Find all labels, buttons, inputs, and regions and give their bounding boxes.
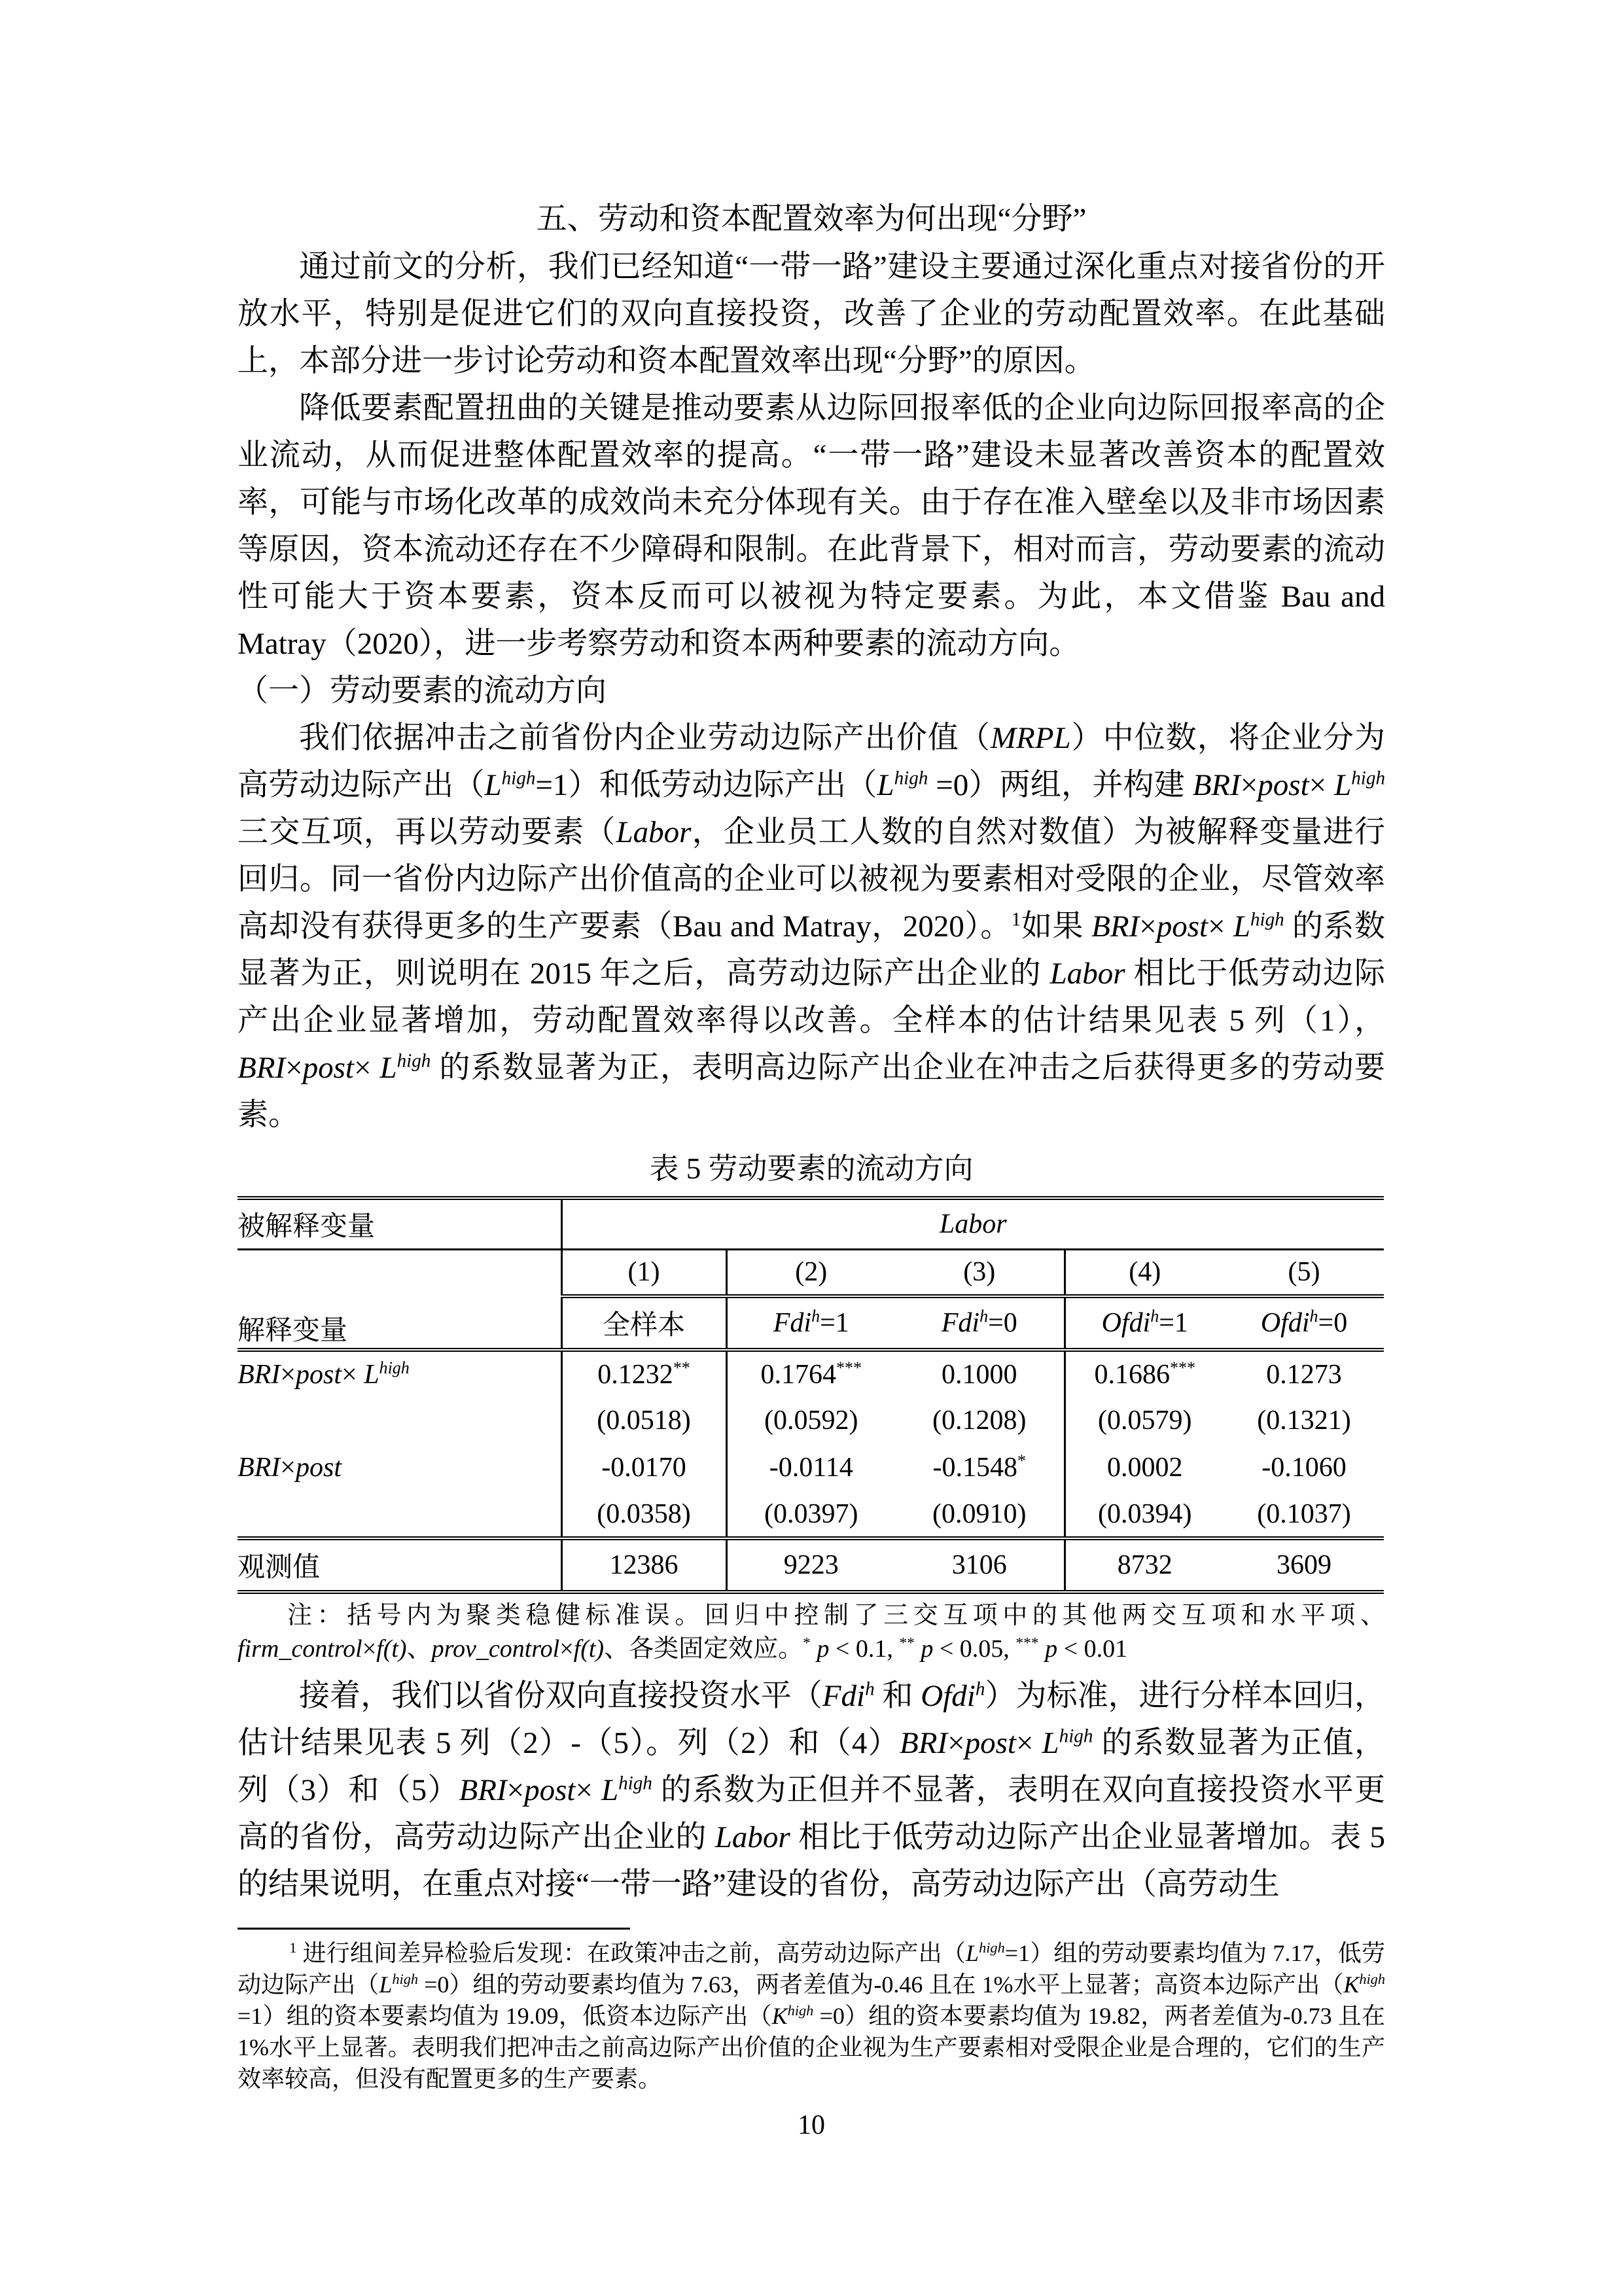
dep-var-value-cell: Labor	[561, 1198, 1384, 1249]
group-header-cell: Fdih=1	[726, 1296, 895, 1350]
group-header-cell: Ofdih=1	[1065, 1296, 1224, 1350]
group-header-cell: Ofdih=0	[1224, 1296, 1384, 1350]
column-number-cell: (2)	[726, 1249, 895, 1296]
obs-value-cell: 12386	[561, 1538, 726, 1592]
coef-cell: 0.1232**	[561, 1350, 726, 1397]
se-cell: (0.1321)	[1224, 1397, 1384, 1444]
coef-cell: -0.1060	[1224, 1444, 1384, 1491]
se-row-label	[238, 1397, 561, 1444]
paper-page: 五、劳动和资本配置效率为何出现“分野” 通过前文的分析，我们已经知道“一带一路”…	[0, 0, 1622, 2296]
paragraph-1: 通过前文的分析，我们已经知道“一带一路”建设主要通过深化重点对接省份的开放水平，…	[238, 243, 1385, 385]
coef-cell: -0.0170	[561, 1444, 726, 1491]
regression-table: 被解释变量 Labor 解释变量 (1) (2) (3) (4) (5) 全样本…	[238, 1196, 1384, 1594]
paragraph-2: 降低要素配置扭曲的关键是推动要素从边际回报率低的企业向边际回报率高的企业流动，从…	[238, 385, 1385, 667]
obs-value-cell: 9223	[726, 1538, 895, 1592]
group-header-cell: 全样本	[561, 1296, 726, 1350]
coef-row-label: BRI×post	[238, 1444, 561, 1491]
se-cell: (0.0910)	[895, 1491, 1065, 1538]
obs-value-cell: 8732	[1065, 1538, 1224, 1592]
column-number-cell: (3)	[895, 1249, 1065, 1296]
footnote-divider	[238, 1928, 630, 1930]
se-cell: (0.0358)	[561, 1491, 726, 1538]
table-note: 注：括号内为聚类稳健标准误。回归中控制了三交互项中的其他两交互项和水平项、fir…	[238, 1599, 1385, 1666]
paragraph-4: 接着，我们以省份双向直接投资水平（Fdih 和 Ofdih）为标准，进行分样本回…	[238, 1672, 1385, 1908]
obs-label-cell: 观测值	[238, 1538, 561, 1592]
se-row-label	[238, 1491, 561, 1538]
se-cell: (0.1208)	[895, 1397, 1065, 1444]
se-cell: (0.0397)	[726, 1491, 895, 1538]
se-cell: (0.0394)	[1065, 1491, 1224, 1538]
obs-value-cell: 3609	[1224, 1538, 1384, 1592]
coef-cell: 0.1686***	[1065, 1350, 1224, 1397]
se-cell: (0.1037)	[1224, 1491, 1384, 1538]
table-caption: 表 5 劳动要素的流动方向	[238, 1148, 1385, 1190]
coef-cell: -0.1548*	[895, 1444, 1065, 1491]
se-cell: (0.0518)	[561, 1397, 726, 1444]
coef-cell: 0.1764***	[726, 1350, 895, 1397]
section-title: 五、劳动和资本配置效率为何出现“分野”	[238, 195, 1385, 243]
coef-cell: 0.1273	[1224, 1350, 1384, 1397]
footnote: 1 进行组间差异检验后发现：在政策冲击之前，高劳动边际产出（Lhigh=1）组的…	[238, 1937, 1385, 2094]
subsection-heading: （一）劳动要素的流动方向	[238, 667, 1385, 715]
se-cell: (0.0579)	[1065, 1397, 1224, 1444]
group-header-cell: Fdih=0	[895, 1296, 1065, 1350]
se-cell: (0.0592)	[726, 1397, 895, 1444]
coef-cell: 0.1000	[895, 1350, 1065, 1397]
paragraph-3: 我们依据冲击之前省份内企业劳动边际产出价值（MRPL）中位数，将企业分为高劳动边…	[238, 715, 1385, 1139]
column-number-cell: (4)	[1065, 1249, 1224, 1296]
page-number: 10	[238, 2109, 1385, 2142]
coef-row-label: BRI×post× Lhigh	[238, 1350, 561, 1397]
coef-cell: 0.0002	[1065, 1444, 1224, 1491]
expl-var-label-cell: 解释变量	[238, 1249, 561, 1350]
column-number-cell: (5)	[1224, 1249, 1384, 1296]
obs-value-cell: 3106	[895, 1538, 1065, 1592]
column-number-cell: (1)	[561, 1249, 726, 1296]
coef-cell: -0.0114	[726, 1444, 895, 1491]
dep-var-label-cell: 被解释变量	[238, 1198, 561, 1249]
